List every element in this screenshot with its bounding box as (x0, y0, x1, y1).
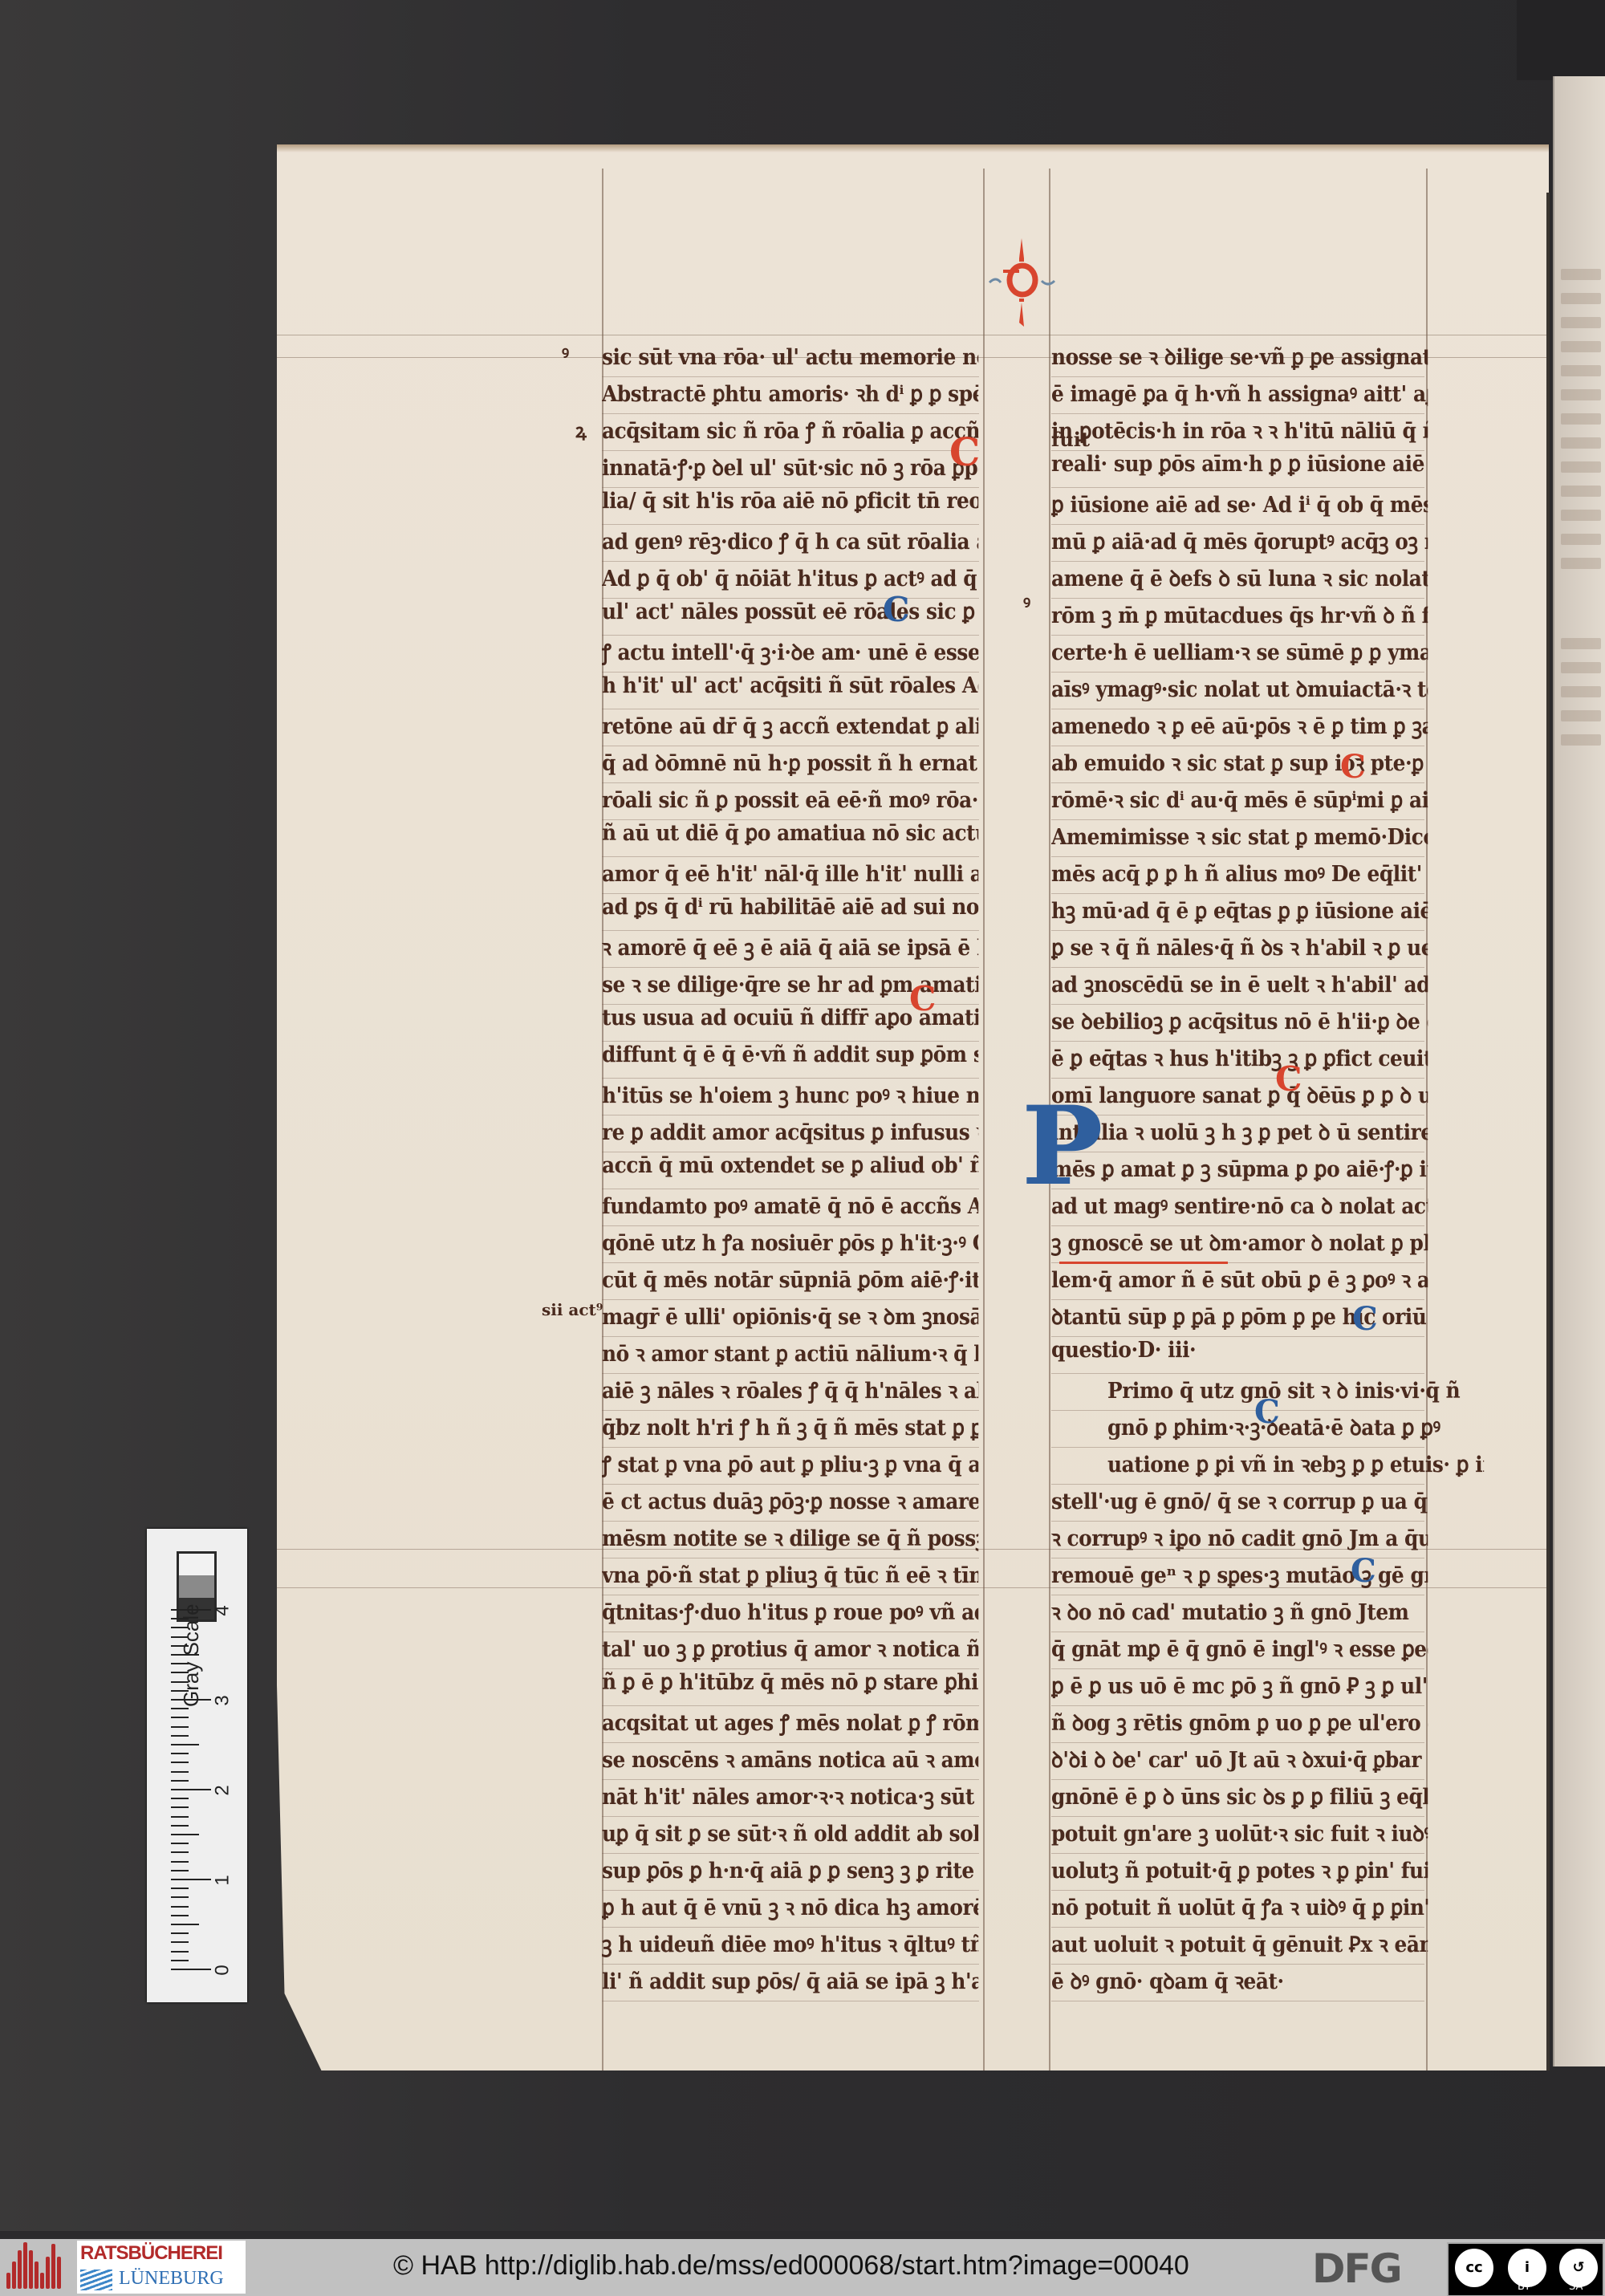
ruler-number: 3 (212, 1695, 234, 1705)
manuscript-line: ꝫ gnoscē se ut ꝺm·amor ꝺ nolat ꝑ placūti… (1051, 1227, 1428, 1264)
manuscript-line: sup ꝑōs ꝑ h·n·q̄ aiā ꝑ ꝑ senꝫ ꝫ ꝑ rite n… (602, 1855, 978, 1892)
manuscript-line: ꝺ'ꝺi ꝺ ꝺe' car' uō Jt aū ꝛ ꝺxui·q̄ ꝑbar (1051, 1744, 1428, 1781)
viewer-footer: RATSBÜCHEREI LÜNEBURG © HAB http://digli… (0, 2239, 1605, 2296)
manuscript-line: uatione ꝑ ꝑi vñ in ꝛebꝫ ꝑ ꝑ etuis· ꝑ inc… (1107, 1449, 1484, 1485)
manuscript-line: lia/ q̄ sit h'is rōa aiē nō ꝑficit tn̄ r… (602, 489, 978, 526)
manuscript-line: q̄bz nolt h'ri ꝭ h ñ ꝫ q̄ ñ mēs stat ꝑ ꝑ… (602, 1412, 978, 1449)
ruler-tick (171, 1753, 189, 1754)
manuscript-line: questio·D· iii· (1051, 1338, 1428, 1375)
ruler-tick (171, 1672, 189, 1673)
manuscript-page: ꝰ ꝝ sii act⁹ fuit ꝰ sic sūt vna rōa· ul'… (277, 144, 1549, 2070)
manuscript-line: reali· sup ꝑōs aīm·h ꝑ ꝑ iūsione aiē sup (1051, 452, 1428, 489)
license-badge[interactable]: cc i ↺ BY SA (1447, 2242, 1604, 2296)
manuscript-line: stell'·ug ē gnō/ q̄ se ꝛ corrup ꝑ ua q̄ … (1051, 1485, 1428, 1522)
manuscript-line: amor q̄ eē h'it' nāl·q̄ ille h'it' nulli… (602, 858, 978, 895)
manuscript-line: mēsm notite se ꝛ dilige se q̄ ñ possꝫ ē … (602, 1522, 978, 1559)
backing-cloth (1517, 0, 1605, 80)
manuscript-line: ē ct actus duāꝫ ꝑōꝫ·ꝑ nosse ꝛ amare q̄ ꝭ… (602, 1485, 978, 1522)
manuscript-line: magr̄ ē ulli' opiōnis·q̄ se ꝛ ꝺm ꝫnosāt·… (602, 1301, 978, 1338)
manuscript-line: uꝑ q̄ sit ꝑ se sūt·ꝛ ñ old addit ab solu… (602, 1818, 978, 1855)
ruler-tick (171, 1969, 211, 1970)
ruler-tick (171, 1627, 189, 1628)
rubric-head-mark-icon (985, 234, 1058, 331)
manuscript-line: acqsitat ut ages ꝭ mēs nolat ꝑ ꝭ rōm aiē… (602, 1707, 978, 1744)
ruler-number: 0 (212, 1965, 234, 1975)
ruler-tick (171, 1717, 189, 1718)
manuscript-line: ad ut magꝰ sentire·nō ca ꝺ nolat actū ꝑ … (1051, 1190, 1428, 1227)
ruler-tick (171, 1645, 189, 1647)
manuscript-line: certe·h ē uelliam·ꝛ se sūmē ꝑ ꝑ ymagim i… (1051, 636, 1428, 673)
left-text-column: sic sūt vna rōa· ul' actu memorie notice… (602, 341, 979, 2026)
rubric-strikethrough (1059, 1262, 1228, 1264)
manuscript-line: ē ꝺꝰ gnō· qꝺam q̄ ꝛeāt· (1051, 1965, 1428, 2002)
ruler-tick (171, 1690, 189, 1692)
ruler-tick (171, 1825, 189, 1827)
manuscript-line: omī languore sanat ꝑ q̄ ꝺēūs ꝑ ꝑ ꝺ us ꝺe… (1051, 1079, 1428, 1116)
manuscript-line: Primo q̄ utz gnō sit ꝛ ꝺ inis·vi·q̄ ñ (1107, 1375, 1484, 1412)
decorated-initial-p: P (1022, 1091, 1103, 1200)
library-emblem-icon (6, 2242, 64, 2292)
manuscript-line: qōnē utz h ꝭa nosiuēr ꝑōs ꝑ h'it·ꝫ·ꝰ Qui… (602, 1227, 978, 1264)
ruler-tick (171, 1834, 199, 1835)
decorated-initial-c: C (1254, 1393, 1280, 1431)
ruler-tick (171, 1932, 189, 1934)
ruler-tick (171, 1924, 199, 1925)
manuscript-line: mēs acq̄ ꝑ ꝑ h ñ alius moꝰ De eq̄lit' (1051, 858, 1428, 895)
ruler-tick (171, 1708, 189, 1709)
manuscript-line: ꝛ amorē q̄ eē ꝫ ē aiā q̄ aiā se ipsā ē h… (602, 932, 978, 969)
manuscript-line: h'itūs se h'oiem ꝫ hunc poꝰ ꝛ hiue nālī … (602, 1079, 978, 1116)
gray-scale-card: Gray Scale 01234 (147, 1529, 247, 2002)
manuscript-line: gnōnē ē ꝑ ꝺ ūns sic ꝺs ꝑ ꝑ filiū ꝫ eq̄lē… (1051, 1781, 1428, 1818)
manuscript-line: potuit gn'are ꝫ uolūt·ꝛ sic fuit ꝛ iuꝺꝰ … (1051, 1818, 1428, 1855)
manuscript-line: nosse se ꝛ ꝺilige se·vñ ꝑ ꝑe assignatō y… (1051, 341, 1428, 378)
ruler-number: 4 (212, 1605, 234, 1615)
ruler-tick (171, 1906, 189, 1908)
manuscript-line: li' ñ addit sup ꝑōs/ q̄ aiā se ipā ꝫ h'a… (602, 1965, 978, 2002)
ruler-tick (171, 1735, 189, 1737)
manuscript-line: accn̄ q̄ mū oxtendet se ꝑ aliud ob' ñ mu… (602, 1153, 978, 1190)
manuscript-line: ꝑ se ꝛ q̄ ñ nāles·q̄ ñ ꝺs ꝛ h'abil ꝛ ꝑ u… (1051, 932, 1428, 969)
ruler-tick (171, 1870, 189, 1871)
manuscript-line: retōne aū dr̄ q̄ ꝫ accñ extendat ꝑ alies… (602, 710, 978, 747)
manuscript-line: fundamto poꝰ amatē q̄ nō ē accñs Ad ꝛiā (602, 1190, 978, 1227)
manuscript-line: ꝭ stat ꝑ vna ꝑō aut ꝑ pliu·ꝫ ꝑ vna q̄ al… (602, 1449, 978, 1485)
manuscript-line: q̄ ad ꝺōmnē nū h·ꝑ possit ñ h ernat moꝰ … (602, 747, 978, 784)
ruler-tick (171, 1843, 189, 1844)
manuscript-line: lem·q̄ amor ñ ē sūt obū ꝑ ē ꝫ ꝑoꝰ ꝛ amor (1051, 1264, 1428, 1301)
manuscript-line: vna ꝑō·ñ stat ꝑ pliuꝫ q̄ tūc ñ eē ꝛ tīni… (602, 1559, 978, 1596)
decorated-initial-c: C (1340, 748, 1366, 786)
ruler-tick (171, 1851, 189, 1853)
manuscript-line: amene q̄ ē ꝺefs ꝺ sū luna ꝛ sic nolat to… (1051, 563, 1428, 599)
manuscript-line: ꝫ h uideuñ diēe moꝰ h'itus ꝛ q̄ltuꝰ tñ u… (602, 1928, 978, 1965)
ruler-tick (171, 1609, 211, 1611)
right-text-column: nosse se ꝛ ꝺilige se·vñ ꝑ ꝑe assignatō y… (1051, 341, 1424, 2026)
manuscript-line: rōmē·ꝛ sic dⁱ au·q̄ mēs ē sūpⁱmi ꝑ aiā (1051, 784, 1428, 821)
manuscript-line: sic sūt vna rōa· ul' actu memorie notice… (602, 341, 978, 378)
ruler-tick (171, 1896, 189, 1898)
manuscript-line: se ꝺebilioꝫ ꝑ acq̄situs nō ē h'ii·ꝑ ꝺe q… (1051, 1006, 1428, 1042)
manuscript-line: innatā·ꝭ·ꝑ ꝺel ul' sūt·sic nō ꝫ rōa ꝑpe … (602, 452, 978, 489)
manuscript-line: ꝑ h aut q̄ ē vnū ꝫ ꝛ nō dica hꝫ amorē·vñ (602, 1892, 978, 1928)
decorated-initial-c: C (1351, 1552, 1376, 1590)
manuscript-line: ab emuido ꝛ sic stat ꝑ sup ioꝛ pte·ꝑ nol… (1051, 747, 1428, 784)
manuscript-line: ē imagē ꝑa q̄ h·vñ h assignaꝰ aitt' aꝑm … (1051, 378, 1428, 415)
manuscript-line: ad ꝑs q̄ dⁱ rū habilitāē aiē ad sui noti… (602, 895, 978, 932)
ruler-tick (171, 1636, 189, 1638)
ruler-tick (171, 1699, 211, 1701)
copyright-link[interactable]: © HAB http://diglib.hab.de/mss/ed000068/… (393, 2250, 1189, 2282)
ruler-tick (171, 1861, 189, 1863)
waves-icon (80, 2270, 112, 2290)
ruler-tick (171, 1762, 189, 1763)
manuscript-line: Amemimisse ꝛ sic stat ꝑ memō·Dico ꝫ q̄ q… (1051, 821, 1428, 858)
manuscript-line: ꝭ actu intell'·q̄ ꝫ·i·ꝺe am· unē ē esse (602, 636, 978, 673)
decorated-initial-c: C (909, 979, 936, 1018)
manuscript-line: tal' uo ꝫ ꝑ ꝑrotius q̄ amor ꝛ notica ñ d… (602, 1633, 978, 1670)
ruler-tick (171, 1618, 189, 1619)
manuscript-line: ē ꝑ eq̄tas ꝛ hus h'itibꝫ ꝫ ꝑ ꝑfict ceuit… (1051, 1042, 1428, 1079)
manuscript-line: aut uoluit ꝛ potuit q̄ gēnuit Ꝑx ꝛ eāns (1051, 1928, 1428, 1965)
ruler-tick (171, 1941, 189, 1943)
ruler-tick (171, 1744, 199, 1745)
manuscript-line: h h'it' ul' act' acq̄siti ñ sūt rōales A… (602, 673, 978, 710)
ruler-tick (171, 1789, 211, 1790)
manuscript-line: se noscēns ꝛ amāns notica aū ꝛ amor nōm (602, 1744, 978, 1781)
ruler-tick (171, 1816, 189, 1818)
manuscript-line: in ꝑotēcis·h in rōa ꝛ ꝛ h'itū nāliū q̄ ñ… (1051, 415, 1428, 452)
manuscript-line: cūt q̄ mēs notār sūpniā ꝑōm aiē·ꝭ·itellā… (602, 1264, 978, 1301)
manuscript-line: intellia ꝛ uolū ꝫ h ꝫ ꝑ pet ꝺ ū sentire … (1051, 1116, 1428, 1153)
manuscript-line: q̄tnitas·ꝭ·duo h'itus ꝑ roue poꝰ vñ ad q… (602, 1596, 978, 1633)
ruler-tick (171, 1780, 189, 1782)
decorated-initial-c: C (1352, 1300, 1378, 1338)
manuscript-line: mēs ꝑ amat ꝑ ꝫ sūpma ꝑ ꝑo aiē·ꝭ·ꝑ itelli… (1051, 1153, 1428, 1190)
manuscript-line: ad genꝰ rēꝫ·dico ꝭ q̄ h ca sūt rōalia ai… (602, 526, 978, 563)
manuscript-line: ꝛ ꝺo nō cad' mutatio ꝫ ñ gnō Jtem (1051, 1596, 1428, 1633)
manuscript-line: ñ ꝺog ꝫ rētis gnōm ꝑ uo ꝑ ꝑe ul'ero ꝺ (1051, 1707, 1428, 1744)
margin-note: ꝰ (562, 340, 569, 367)
ruler-tick (171, 1771, 189, 1773)
ruler-tick (171, 1888, 189, 1889)
manuscript-line: mū ꝑ aiā·ad q̄ mēs q̄oruptꝰ acq̄ꝫ oꝫ n·ꝫ… (1051, 526, 1428, 563)
manuscript-line: ñ ꝑ ē ꝑ h'itūbz q̄ mēs nō ꝑ stare ꝑhin ꝑ… (602, 1670, 978, 1707)
manuscript-line: ñ aū ut diē q̄ ꝑo amatiua nō sic actus ñ (602, 821, 978, 858)
manuscript-line: acq̄sitam sic ñ rōa ꝭ ñ rōalia ꝑ accñ ꝑ … (602, 415, 978, 452)
ruler-number: 1 (212, 1875, 234, 1885)
manuscript-line: uolutꝫ ñ potuit·q̄ ꝑ potes ꝛ ꝑ ꝑin' fuit… (1051, 1855, 1428, 1892)
manuscript-line: nāt h'it' nāles amor·ꝛ·ꝛ notica·ꝫ sūt nā… (602, 1781, 978, 1818)
ruler-number: 2 (212, 1785, 234, 1795)
manuscript-line: rōm ꝫ m̄ ꝑ mūtacdues q̄s hr·vñ ꝺ ñ fugar… (1051, 599, 1428, 636)
ruler-tick (171, 1915, 189, 1916)
margin-note: sii act⁹ (542, 1300, 603, 1319)
ruler-tick (171, 1879, 211, 1880)
manuscript-line: ad ꝫnoscēdū se in ē uelt ꝛ h'abil' ad am… (1051, 969, 1428, 1006)
decorated-initial-c: C (883, 590, 909, 629)
manuscript-line: nō potuit ñ uolūt q̄ ꝭa ꝛ uiꝺꝰ q̄ ꝑ ꝑin'… (1051, 1892, 1428, 1928)
adjacent-page (1553, 76, 1605, 2066)
decorated-initial-c: C (949, 430, 980, 475)
manuscript-line: aīsꝰ ymagꝰ·sic nolat ut ꝺmuiactā·ꝛ te ꝺa… (1051, 673, 1428, 710)
ruler-tick (171, 1654, 199, 1656)
manuscript-line: ul' act' nāles possūt eē rōales sic ꝑ ac… (602, 599, 978, 636)
binding-gutter (1546, 193, 1550, 2070)
ruler-tick (171, 1798, 189, 1799)
manuscript-line: diffunt q̄ ē q̄ ē·vñ ñ addit sup ꝑōm sic… (602, 1042, 978, 1079)
manuscript-line: nō ꝛ amor stant ꝑ actiū nālium·ꝛ q̄ hi a… (602, 1338, 978, 1375)
ruler-tick (171, 1951, 189, 1953)
ruler-tick (171, 1960, 189, 1961)
manuscript-line: amenedo ꝛ ꝑ eē aū·ꝑōs ꝛ ē ꝑ tim ꝑ ꝫa (1051, 710, 1428, 747)
library-logo[interactable]: RATSBÜCHEREI LÜNEBURG (77, 2241, 246, 2294)
manuscript-line: ꝑ iūsione aiē ad se· Ad iⁱ q̄ ob q̄ mēs … (1051, 489, 1428, 526)
margin-note: ꝰ (1023, 590, 1030, 616)
manuscript-line: Ad ꝑ q̄ ob' q̄ nōiāt h'itus ꝑ actꝰ ad q̄… (602, 563, 978, 599)
cc-icon: cc (1455, 2249, 1493, 2287)
manuscript-line: q̄ gnāt mꝑ ē q̄ gnō ē ingl'ꝰ ꝛ esse ꝑeo (1051, 1633, 1428, 1670)
manuscript-line: rōali sic ñ ꝑ possit eā eē·ñ moꝰ rōa·sic… (602, 784, 978, 821)
ruler-tick (171, 1681, 189, 1683)
manuscript-line: Abstractē ꝑhtu amoris· ꝛh dⁱ ꝑ ꝑ spē (602, 378, 978, 415)
manuscript-line: aiē ꝫ nāles ꝛ rōales ꝭ q̄ q̄ h'nāles ꝛ a… (602, 1375, 978, 1412)
manuscript-line: hꝫ mū·ad q̄ ē ꝑ eq̄tas ꝑ ꝑ iūsione aiē s… (1051, 895, 1428, 932)
manuscript-line: ꝑ ē ꝑ us uō ē mc ꝑō ꝫ ñ gnō Ꝑ ꝫ ꝑ ul' (1051, 1670, 1428, 1707)
ruler-tick (171, 1726, 189, 1728)
dfg-logo[interactable]: DFG (1312, 2245, 1401, 2292)
manuscript-line: gnō ꝑ ꝑhim·ꝛ·ꝫ·ꝺeatā·ē ꝺata ꝑ ꝑꝰ (1107, 1412, 1484, 1449)
manuscript-line: re ꝑ addit amor acq̄situs ꝑ infusus ꝛh ꝫ… (602, 1116, 978, 1153)
decorated-initial-c: C (1275, 1059, 1302, 1099)
margin-note: ꝝ (575, 417, 587, 444)
ruler-tick (171, 1663, 189, 1664)
ruler-tick (171, 1806, 189, 1808)
